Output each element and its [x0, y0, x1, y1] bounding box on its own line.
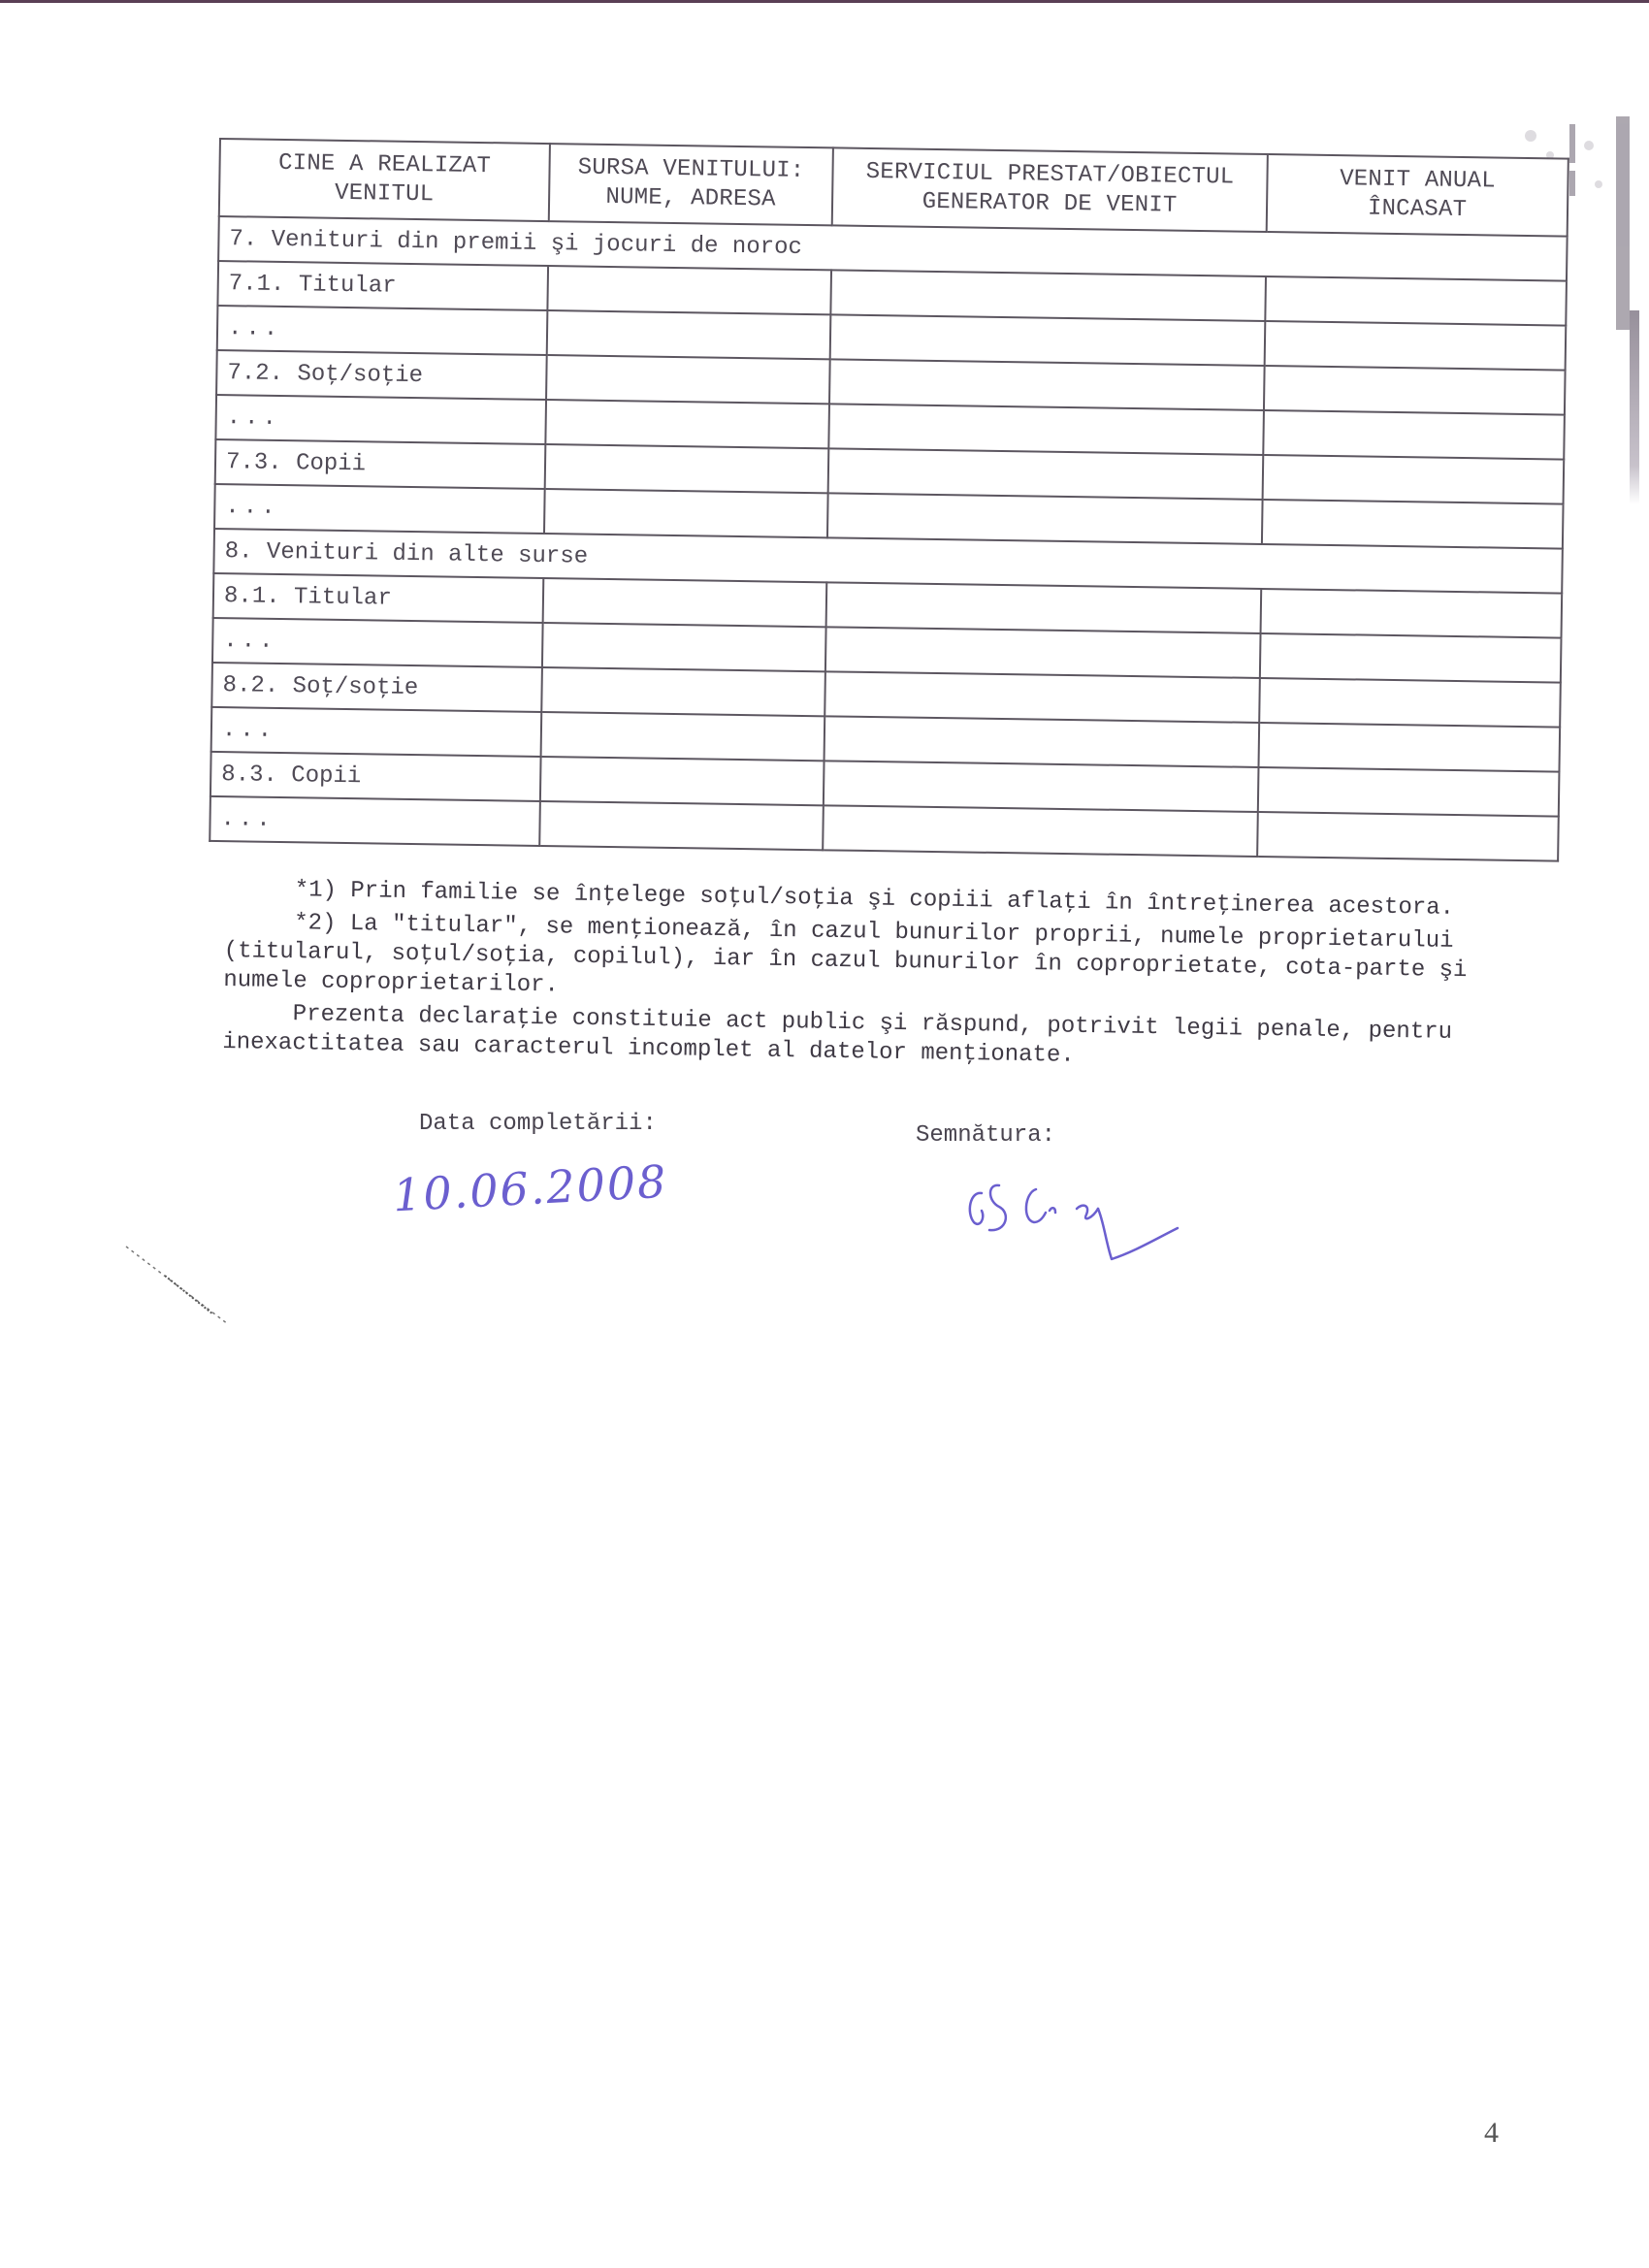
table-cell — [539, 801, 824, 850]
footnote-2: *2) La "titular", se menţionează, în caz… — [223, 908, 1475, 1015]
row-label: 7.1. Titular — [217, 261, 548, 310]
income-table: CINE A REALIZAT VENITUL SURSA VENITULUI:… — [209, 138, 1569, 862]
table-cell — [541, 667, 825, 716]
table-cell — [830, 314, 1266, 366]
table-cell — [1258, 767, 1560, 817]
table-cell — [828, 404, 1264, 455]
table-cell — [823, 805, 1258, 857]
signature-label: Semnătura: — [916, 1122, 1055, 1149]
row-label: 8.3. Copii — [210, 752, 541, 801]
footnotes: *1) Prin familie se înţelege soţul/soţia… — [222, 875, 1476, 1077]
table-cell — [1263, 455, 1565, 504]
row-label: ... — [214, 484, 545, 534]
header-who-earned: CINE A REALIZAT VENITUL — [219, 139, 550, 221]
row-label: 8.2. Soţ/soţie — [211, 663, 542, 712]
table-cell — [541, 712, 825, 761]
row-label: ... — [210, 796, 540, 846]
table-cell — [540, 757, 824, 805]
table-cell — [544, 489, 828, 537]
table-cell — [824, 716, 1260, 767]
scan-edge-shadow — [1630, 310, 1639, 504]
table-cell — [830, 270, 1266, 321]
header-income-source: SURSA VENITULUI: NUME, ADRESA — [549, 144, 833, 225]
table-cell — [545, 400, 829, 448]
row-label: ... — [217, 306, 548, 355]
date-label: Data completării: — [419, 1111, 657, 1137]
document-page: CINE A REALIZAT VENITUL SURSA VENITULUI:… — [0, 0, 1649, 2268]
page-number: 4 — [1484, 2117, 1499, 2150]
row-label: 7.2. Soţ/soţie — [216, 350, 547, 400]
table-cell — [1262, 500, 1564, 549]
row-label: ... — [212, 618, 543, 667]
table-cell — [545, 444, 829, 493]
handwritten-date: 10.06.2008 — [392, 1155, 669, 1222]
header-service-object: SERVICIUL PRESTAT/OBIECTUL GENERATOR DE … — [832, 147, 1268, 232]
table-cell — [542, 623, 826, 671]
row-label: ... — [215, 395, 546, 444]
table-cell — [1260, 633, 1562, 683]
table-cell — [1257, 812, 1559, 861]
table-cell — [824, 761, 1259, 812]
signature-icon — [960, 1164, 1222, 1271]
income-table-wrapper: CINE A REALIZAT VENITUL SURSA VENITULUI:… — [209, 138, 1568, 862]
table-cell — [825, 627, 1261, 678]
table-body: 7. Venituri din premii şi jocuri de noro… — [210, 216, 1567, 861]
table-cell — [1264, 366, 1566, 415]
table-cell — [543, 578, 827, 627]
table-cell — [827, 493, 1263, 544]
scan-artifact-icon — [1502, 116, 1647, 330]
table-cell — [828, 448, 1264, 500]
row-label: ... — [211, 707, 542, 757]
table-cell — [547, 266, 831, 314]
scan-smudge-icon — [121, 1242, 238, 1329]
row-label: 7.3. Copii — [215, 439, 546, 489]
table-cell — [824, 671, 1260, 723]
table-cell — [829, 359, 1265, 410]
table-cell — [546, 355, 830, 404]
table-cell — [1261, 589, 1563, 638]
table-cell — [1258, 723, 1560, 772]
table-cell — [1259, 678, 1561, 728]
row-label: 8.1. Titular — [213, 573, 544, 623]
table-cell — [1263, 410, 1565, 460]
table-cell — [826, 582, 1262, 633]
table-cell — [547, 310, 831, 359]
